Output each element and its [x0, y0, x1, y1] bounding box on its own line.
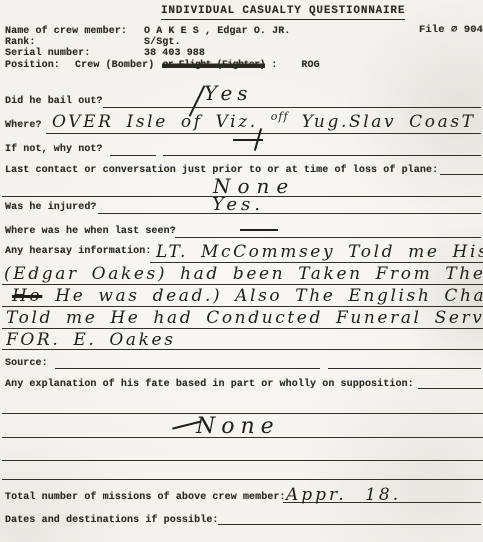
supposition-answer: None	[196, 416, 280, 438]
serial-label: Serial number:	[5, 48, 90, 60]
hearsay-line-1: LT. McCommsey Told me His bod	[156, 244, 483, 261]
where-answer: OVER Isle of Viz. off Yug.Slav CoasT	[52, 114, 476, 131]
where-answer-part2: Yug.Slav CoasT	[302, 112, 476, 132]
hearsay-rule-4	[2, 328, 483, 329]
hearsay-rule-3	[2, 306, 483, 307]
injured-rule	[98, 213, 481, 214]
missions-answer: Appr. 18.	[286, 487, 401, 504]
rank-value: S/Sgt.	[144, 37, 181, 49]
bail-out-rule	[103, 107, 481, 108]
name-label: Name of crew member:	[5, 26, 127, 38]
serial-value: 38 403 988	[144, 48, 205, 60]
file-number: File ∅ 904	[419, 24, 483, 36]
where-rule	[46, 133, 481, 134]
name-value: O A K E S , Edgar O. JR.	[144, 26, 290, 38]
supposition-label: Any explanation of his fate based in par…	[5, 379, 414, 391]
last-contact-rule-short	[440, 174, 483, 175]
source-rule-a	[55, 368, 320, 369]
source-label: Source:	[5, 358, 48, 370]
hearsay-line-2: (Edgar Oakes) had been Taken From The se…	[4, 266, 483, 283]
source-rule-b	[328, 368, 481, 369]
hearsay-line-3-text: He was dead.) Also The English Chap	[55, 286, 483, 306]
last-seen-dash	[240, 229, 278, 231]
hearsay-label: Any hearsay information:	[5, 246, 151, 258]
hearsay-struck-word: Ho	[12, 286, 42, 306]
dates-label: Dates and destinations if possible:	[5, 515, 219, 527]
dates-rule	[218, 524, 481, 525]
missions-label: Total number of missions of above crew m…	[5, 492, 286, 504]
injured-label: Was he injured?	[5, 202, 97, 214]
if-not-label: If not, why not?	[5, 144, 103, 156]
position-row: Position: Crew (Bomber) or Flight (Fight…	[5, 60, 320, 72]
where-answer-part1: OVER Isle of Viz.	[52, 112, 258, 132]
hearsay-line-5: FOR. E. Oakes	[6, 332, 176, 349]
bail-out-label: Did he bail out?	[5, 96, 103, 108]
if-not-rule-long	[163, 155, 481, 156]
bail-out-answer: Yes	[204, 83, 253, 103]
if-not-rule-short	[110, 155, 156, 156]
last-seen-label: Where was he when last seen?	[5, 226, 176, 238]
position-value: Crew (Bomber)	[75, 60, 154, 71]
hearsay-line-4: Told me He had Conducted Funeral Service	[6, 310, 483, 327]
position-label: Position:	[5, 60, 60, 71]
form-title: INDIVIDUAL CASUALTY QUESTIONNAIRE	[161, 5, 405, 20]
rank-label: Rank:	[5, 37, 36, 49]
hearsay-line-3: Ho He was dead.) Also The English Chap	[12, 288, 483, 305]
supposition-rule-short	[418, 388, 483, 389]
where-label: Where?	[5, 120, 42, 132]
hearsay-rule-1	[150, 262, 483, 263]
blank-rule-2	[2, 460, 483, 461]
blank-rule-3	[2, 479, 483, 480]
last-seen-rule	[175, 237, 481, 238]
where-answer-superscript: off	[271, 110, 289, 123]
hearsay-rule-2	[2, 284, 483, 285]
position-struck-text: or Flight (Fighter)	[162, 60, 265, 71]
last-contact-answer: None	[213, 176, 295, 196]
scanned-casualty-questionnaire: INDIVIDUAL CASUALTY QUESTIONNAIRE File ∅…	[0, 0, 483, 542]
injured-answer: Yes.	[212, 196, 264, 214]
position-colon: :	[271, 60, 277, 71]
position-answer: ROG	[301, 60, 319, 71]
